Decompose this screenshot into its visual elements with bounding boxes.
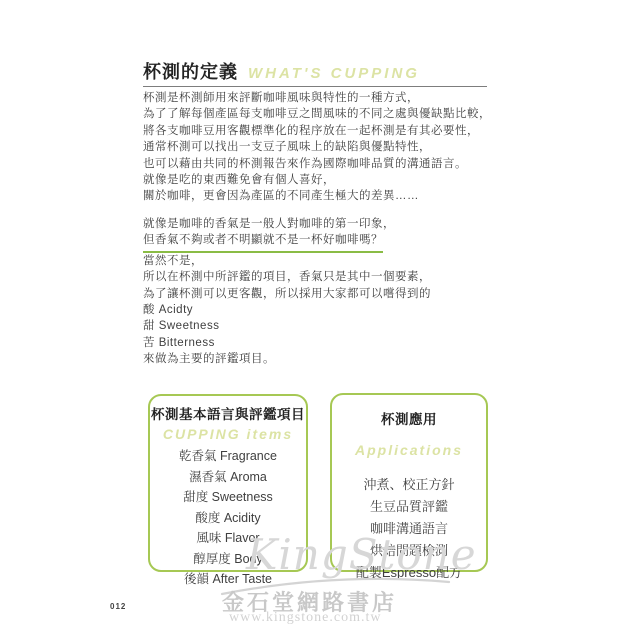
intro-line: 杯測是杯測師用來評斷咖啡風味與特性的一種方式，	[143, 90, 491, 106]
aroma-line: 來做為主要的評鑑項目。	[143, 351, 431, 367]
aroma-underlined-line: 但香氣不夠或者不明顯就不是一杯好咖啡嗎？	[143, 232, 431, 252]
cupping-terms-box-subtitle: CUPPING items	[150, 426, 306, 442]
cupping-application-item: 生豆品質評鑑	[332, 496, 486, 518]
aroma-line-sweetness: 甜 Sweetness	[143, 318, 431, 334]
cupping-applications-box: 杯測應用 Applications 沖煮、校正方針 生豆品質評鑑 咖啡溝通語言 …	[330, 393, 488, 572]
aroma-line: 所以在杯測中所評鑑的項目，香氣只是其中一個要素，	[143, 269, 431, 285]
cupping-applications-box-title: 杯測應用	[332, 408, 486, 428]
intro-paragraph: 杯測是杯測師用來評斷咖啡風味與特性的一種方式， 為了了解每個產區每支咖啡豆之間風…	[143, 90, 491, 205]
aroma-line-bitterness: 苦 Bitterness	[143, 335, 431, 351]
aroma-line: 當然不是，	[143, 253, 431, 269]
intro-line: 為了了解每個產區每支咖啡豆之間風味的不同之處與優缺點比較，	[143, 106, 491, 122]
intro-line: 將各支咖啡豆用客觀標準化的程序放在一起杯測是有其必要性，	[143, 123, 491, 139]
cupping-application-item: 咖啡溝通語言	[332, 518, 486, 540]
aroma-line-acidity: 酸 Acidty	[143, 302, 431, 318]
cupping-term-item: 乾香氣 Fragrance	[150, 446, 306, 467]
cupping-term-item: 醇厚度 Body	[150, 549, 306, 570]
cupping-terms-box: 杯測基本語言與評鑑項目 CUPPING items 乾香氣 Fragrance …	[148, 394, 308, 572]
cupping-applications-list: 沖煮、校正方針 生豆品質評鑑 咖啡溝通語言 烘焙問題檢測 配製Espresso配…	[332, 474, 486, 584]
cupping-term-item: 風味 Flavor	[150, 528, 306, 549]
cupping-applications-box-subtitle: Applications	[332, 442, 486, 458]
cupping-term-item: 酸度 Acidity	[150, 508, 306, 529]
kingstone-store-watermark: 金石堂網路書店	[222, 586, 397, 617]
page-number: 012	[110, 602, 126, 611]
intro-line: 關於咖啡，更會因為產區的不同產生極大的差異……	[143, 188, 491, 204]
page-header: 杯測的定義WHAT'S CUPPING	[143, 58, 513, 84]
cupping-term-item: 甜度 Sweetness	[150, 487, 306, 508]
page-title-english: WHAT'S CUPPING	[248, 65, 420, 82]
cupping-application-item: 烘焙問題檢測	[332, 540, 486, 562]
cupping-terms-list: 乾香氣 Fragrance 濕香氣 Aroma 甜度 Sweetness 酸度 …	[150, 446, 306, 590]
intro-line: 通常杯測可以找出一支豆子風味上的缺陷與優點特性，	[143, 139, 491, 155]
green-underlined-text: 但香氣不夠或者不明顯就不是一杯好咖啡嗎？	[143, 232, 383, 252]
cupping-application-item: 配製Espresso配方	[332, 562, 486, 584]
cupping-term-item: 後韻 After Taste	[150, 569, 306, 590]
aroma-line: 為了讓杯測可以更客觀，所以採用大家都可以嚐得到的	[143, 286, 431, 302]
page-title: 杯測的定義	[143, 62, 238, 82]
cupping-terms-box-title: 杯測基本語言與評鑑項目	[150, 403, 306, 423]
intro-line: 就像是吃的東西難免會有個人喜好，	[143, 172, 491, 188]
kingstone-url-watermark: www.kingstone.com.tw	[229, 610, 381, 626]
book-page: 杯測的定義WHAT'S CUPPING 杯測是杯測師用來評斷咖啡風味與特性的一種…	[0, 0, 640, 640]
aroma-paragraph: 就像是咖啡的香氣是一般人對咖啡的第一印象， 但香氣不夠或者不明顯就不是一杯好咖啡…	[143, 216, 431, 368]
title-divider	[143, 86, 487, 87]
cupping-application-item: 沖煮、校正方針	[332, 474, 486, 496]
cupping-term-item: 濕香氣 Aroma	[150, 467, 306, 488]
aroma-line: 就像是咖啡的香氣是一般人對咖啡的第一印象，	[143, 216, 431, 232]
intro-line: 也可以藉由共同的杯測報告來作為國際咖啡品質的溝通語言。	[143, 156, 491, 172]
